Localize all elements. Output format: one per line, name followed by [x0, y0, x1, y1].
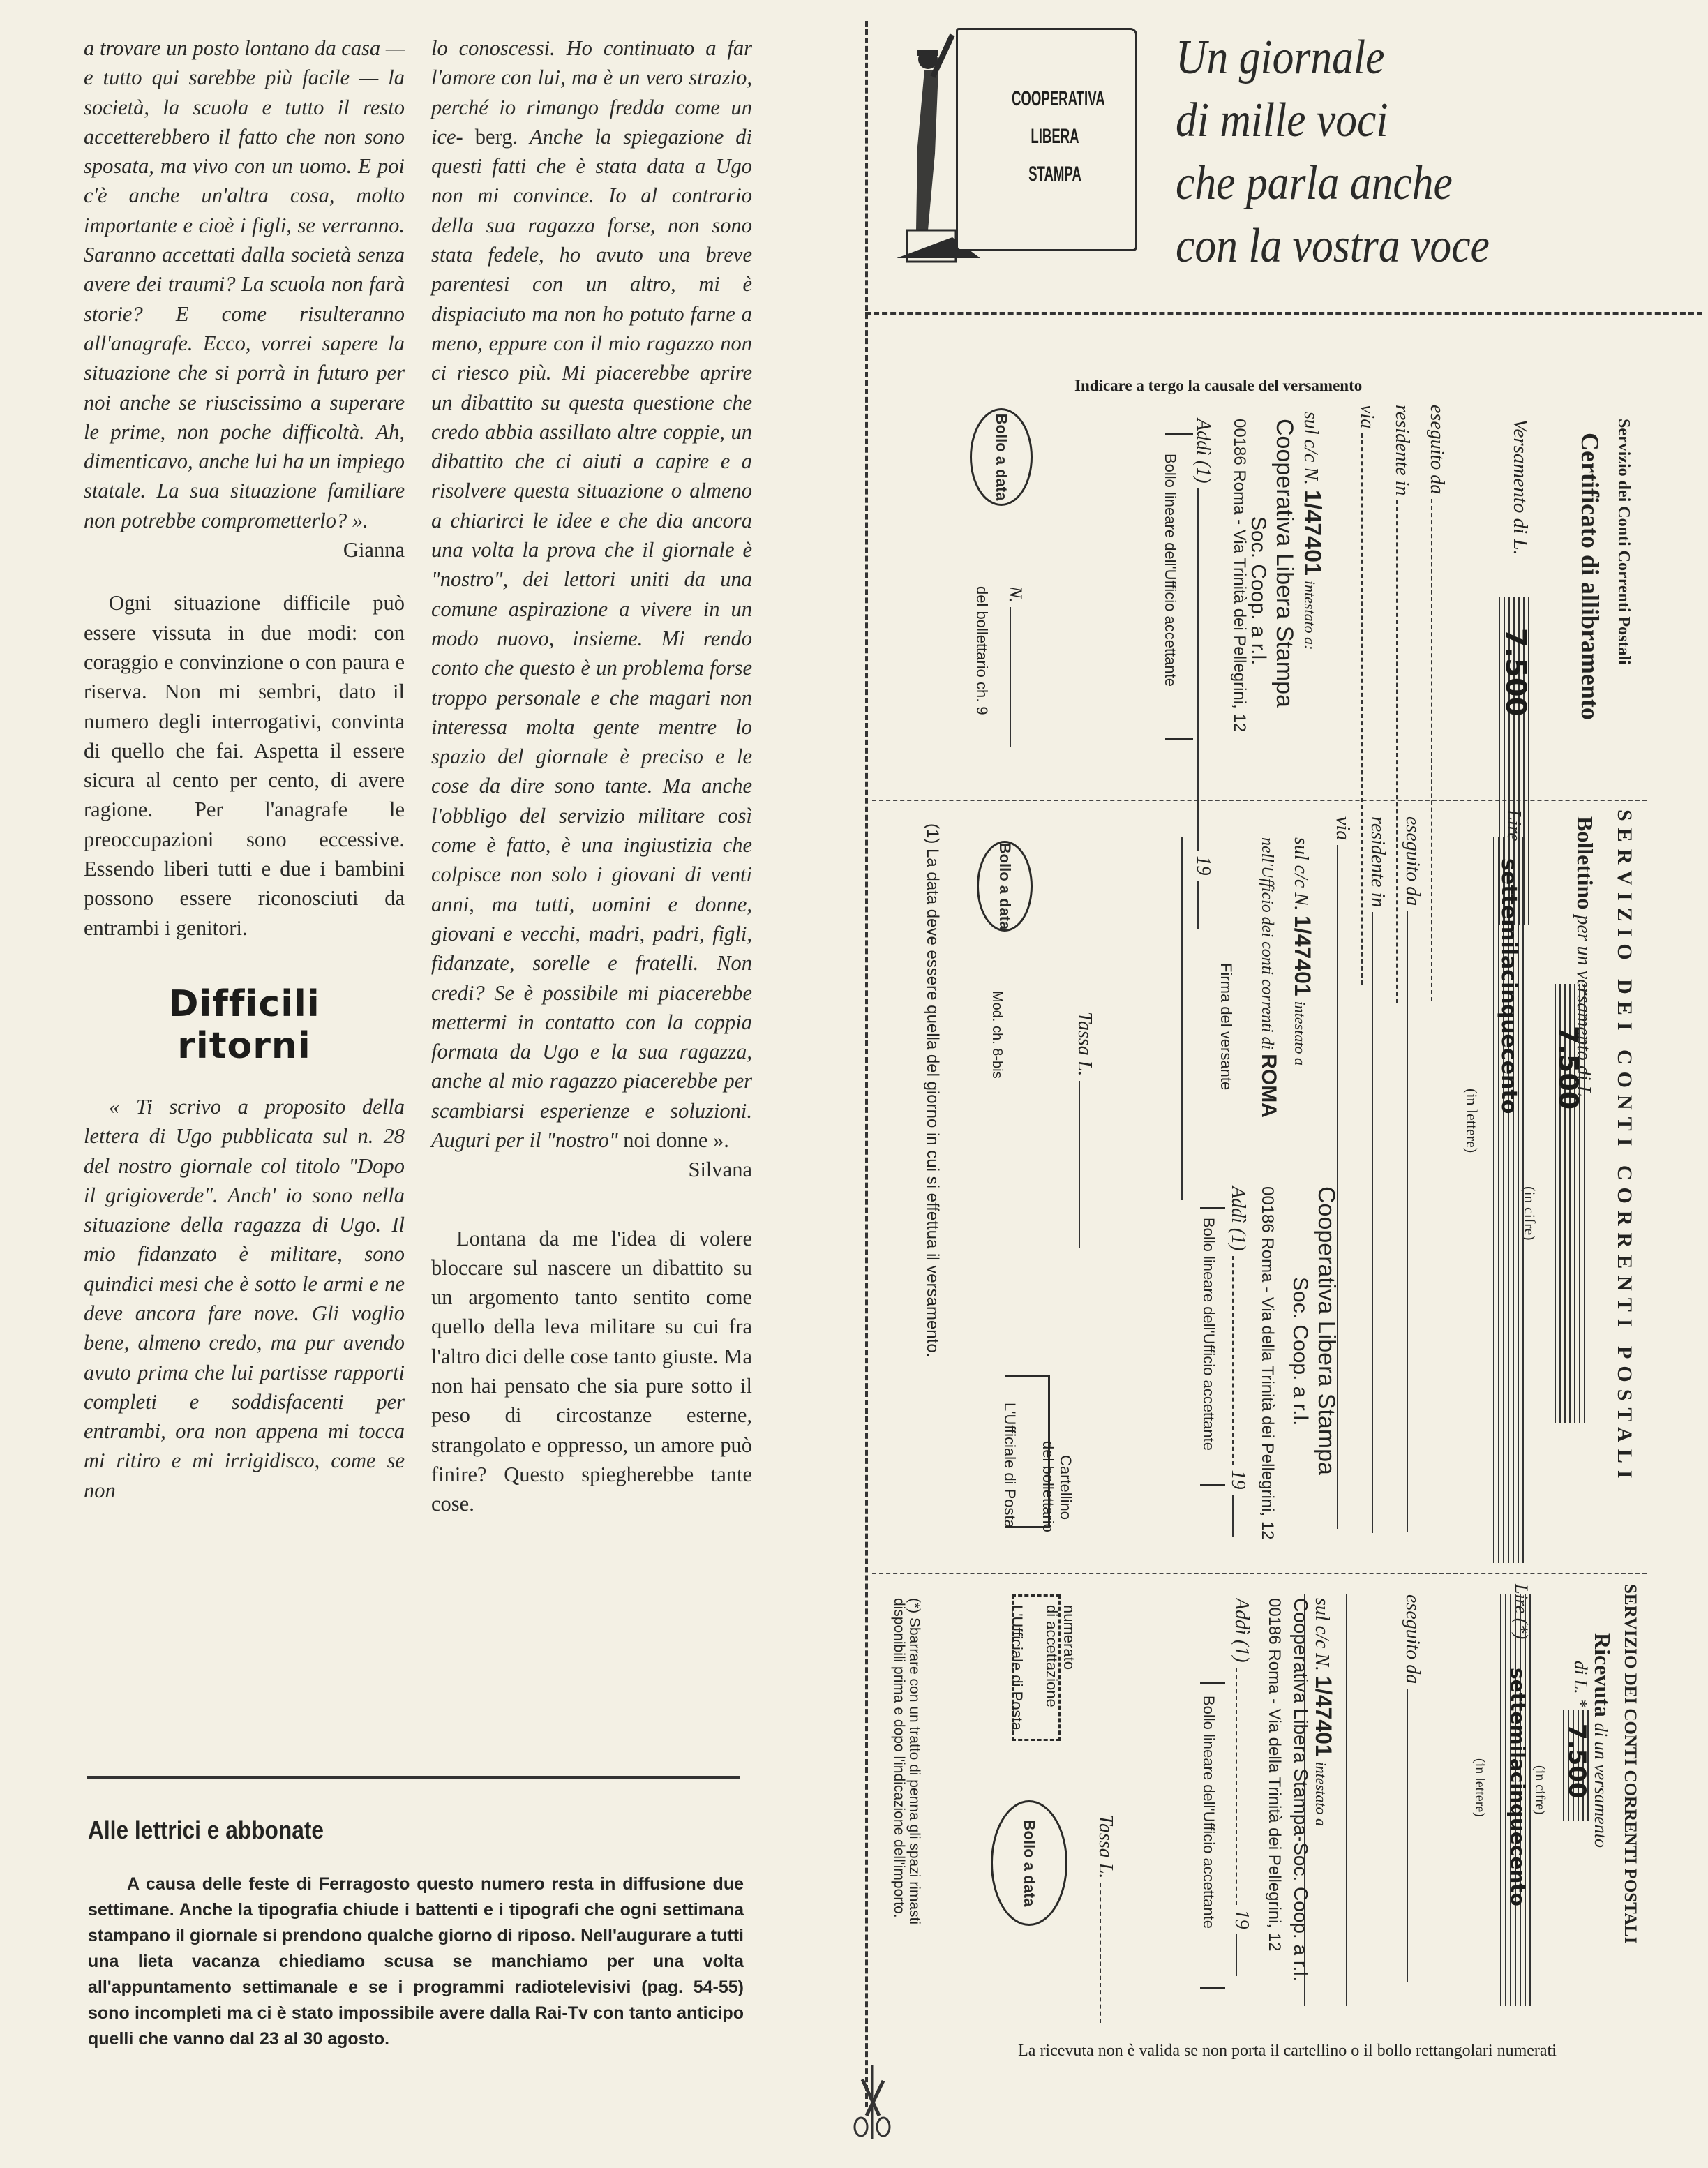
ric-addi-line: Addì (1) 19 — [1230, 1598, 1252, 1976]
boll-bollo-a-data-stamp: Bollo a data — [977, 841, 1033, 932]
ric-footnote-2: disponibili prima e dopo l'indicazione d… — [890, 1598, 907, 1918]
ric-payee: Cooperativa Libera Stampa-Soc. Coop. a r… — [1289, 1598, 1312, 1981]
ric-service: SERVIZIO DEI CONTI CORRENTI POSTALI — [1620, 1584, 1640, 1943]
label: eseguito da — [1402, 816, 1423, 906]
label: intestato a — [1312, 1762, 1330, 1826]
boll-city: ROMA — [1257, 1054, 1280, 1118]
cert-date-field[interactable] — [1197, 488, 1199, 851]
cert-year-field[interactable] — [1197, 881, 1199, 929]
ric-di-l: di L. * — [1570, 1661, 1591, 1707]
boll-amount-words: settemilacinquecento — [1497, 858, 1521, 1114]
label: Bollo a data — [996, 843, 1014, 930]
boll-residente-field[interactable] — [1372, 912, 1373, 1533]
label: Addì (1) — [1227, 1186, 1249, 1251]
ric-amount-words: settemilacinquecento — [1506, 1668, 1529, 1906]
boll-date-field[interactable] — [1232, 1256, 1234, 1465]
cert-payee: Cooperativa Libera Stampa — [1271, 419, 1298, 708]
label: intestato a: — [1301, 581, 1319, 650]
cert-versamento-label: Versamento di L. — [1508, 419, 1531, 555]
cert-amount: 7.500 — [1499, 628, 1531, 717]
boll-tassa-field[interactable] — [1079, 1081, 1080, 1248]
article-column-2: lo conoscessi. Ho continuato a far l'amo… — [431, 33, 752, 1519]
ric-title: Ricevuta — [1590, 1633, 1615, 1717]
ric-year-field[interactable] — [1236, 1934, 1237, 1976]
slogan-line: con la vostra voce — [1176, 215, 1490, 278]
cert-bollo-a-data-stamp: Bollo a data — [970, 408, 1033, 506]
sign-line: LIBERA — [1012, 118, 1098, 156]
sign-line: COOPERATIVA — [1012, 80, 1098, 118]
ric-tassa: Tassa L. — [1094, 1814, 1116, 2023]
article-column-1: a trovare un posto lontano da casa — e t… — [84, 33, 405, 1505]
slogan-line: Un giornale — [1176, 27, 1490, 89]
cert-payee-sub: Soc. Coop. a r.l. — [1246, 516, 1270, 665]
boll-in-lettere: (in lettere) — [1462, 1089, 1481, 1153]
cert-bollo-lineare: Bollo lineare dell'Ufficio accettante — [1161, 454, 1179, 687]
ric-cc-number: 1/47401 — [1311, 1676, 1336, 1757]
reply-2-text: Lontana da me l'idea di volere bloccare … — [431, 1224, 752, 1519]
label: Bollo a data — [1020, 1820, 1038, 1907]
cert-address: 00186 Roma - Via Trinità dei Pellegrini,… — [1229, 419, 1249, 732]
label: di un versamento — [1591, 1723, 1611, 1848]
label: sul c/c N. — [1300, 412, 1321, 485]
boll-signature-line — [1181, 837, 1183, 1200]
boll-eseguito-field[interactable] — [1407, 911, 1408, 1532]
sign-line: STAMPA — [1012, 156, 1098, 193]
cooperativa-sign-text: COOPERATIVA LIBERA STAMPA — [1012, 80, 1098, 193]
cert-bollettario: del bollettario ch. 9 — [973, 586, 991, 715]
boll-tassa: Tassa L. — [1073, 1012, 1095, 1248]
label: Tassa L. — [1095, 1814, 1116, 1878]
label: intestato a — [1291, 1001, 1309, 1066]
label: Addì (1) — [1192, 419, 1214, 484]
ric-in-lettere: (in lettere) — [1471, 1758, 1488, 1817]
notice-divider — [87, 1776, 740, 1779]
cert-title: Certificato di allibramento — [1575, 433, 1605, 720]
boll-bollo-lineare: Bollo lineare dell'Ufficio accettante — [1199, 1218, 1218, 1451]
letter-2-closing: noi donne ». — [618, 1128, 729, 1152]
boll-cc-number: 1/47401 — [1290, 915, 1315, 996]
letter-1-text: a trovare un posto lontano da casa — e t… — [84, 33, 405, 535]
scissors-icon — [851, 2065, 893, 2142]
label: 19 — [1227, 1470, 1249, 1490]
boll-eseguito: eseguito da — [1401, 816, 1423, 1532]
boll-payee: Cooperativa Libera Stampa — [1312, 1186, 1340, 1475]
label: 19 — [1192, 856, 1214, 876]
boll-title: Bollettino — [1573, 816, 1598, 909]
label: Tassa L. — [1074, 1012, 1095, 1076]
cert-residente-field[interactable] — [1396, 500, 1398, 1003]
letter-2-fragment: berg. — [475, 125, 518, 149]
label: via — [1332, 816, 1354, 840]
boll-address: 00186 Roma - Via della Trinità dei Pelle… — [1257, 1186, 1277, 1540]
boll-mod: Mod. ch. 8-bis — [989, 991, 1005, 1079]
label: via — [1356, 405, 1378, 428]
ric-in-cifre: (in cifre) — [1531, 1765, 1548, 1815]
boll-service: SERVIZIO DEI CONTI CORRENTI POSTALI — [1612, 809, 1636, 1486]
horizontal-cut-line — [865, 312, 1702, 315]
ric-footnote-1: (*) Sbarrare con un tratto di penna gli … — [906, 1598, 922, 1924]
boll-addi-line: Addì (1) 19 — [1227, 1186, 1249, 1537]
ric-eseguito-field[interactable] — [1407, 1689, 1408, 1982]
cert-eseguito-label: eseguito da — [1425, 405, 1448, 1001]
boll-lire-label: Lire — [1502, 809, 1525, 842]
label: eseguito da — [1426, 405, 1448, 494]
boll-year-field[interactable] — [1232, 1495, 1234, 1537]
validity-note: La ricevuta non è valida se non porta il… — [980, 2038, 1594, 2064]
boll-ufficiale: L'Ufficiale di Posta — [1001, 1403, 1019, 1528]
label: residente in — [1367, 816, 1388, 907]
cert-n-line: N. — [1005, 586, 1026, 747]
cert-via-field[interactable] — [1361, 433, 1363, 985]
label: sul c/c N. — [1290, 837, 1312, 911]
letter-2-text-part2: lo conoscessi. Ho continuato a far l'amo… — [431, 33, 752, 1155]
vertical-cut-line — [865, 21, 868, 2107]
label: Bollo a data — [992, 414, 1010, 501]
ric-address: 00186 Roma - Via della Trinità dei Pelle… — [1264, 1598, 1284, 1952]
label: residente in — [1391, 405, 1413, 495]
ad-slogan: Un giornale di mille voci che parla anch… — [1176, 27, 1490, 278]
notice-text: A causa delle feste di Ferragosto questo… — [88, 1871, 744, 2052]
ric-eseguito: eseguito da — [1401, 1594, 1423, 1982]
form-instruction: Indicare a tergo la causale del versamen… — [1074, 377, 1362, 395]
slogan-line: di mille voci — [1176, 89, 1490, 152]
cert-cc-line: sul c/c N. 1/47401 intestato a: — [1298, 412, 1326, 650]
ric-ufficiale: L'Ufficiale di Posta — [1007, 1605, 1026, 1730]
ric-field-line[interactable] — [1346, 1594, 1347, 2006]
label: N. — [1005, 586, 1026, 603]
boll-firma: Firma del versante — [1217, 963, 1235, 1090]
notice-title: Alle lettrici e abbonate — [88, 1816, 324, 1845]
reply-1-text: Ogni situazione difficile può essere vis… — [84, 588, 405, 943]
boll-cartellino-1: Cartellino — [1056, 1455, 1074, 1520]
label: 19 — [1231, 1910, 1252, 1929]
form-separator — [872, 1573, 1647, 1574]
notice-body: A causa delle feste di Ferragosto questo… — [88, 1871, 744, 2052]
ric-bollo-a-data-stamp: Bollo a data — [991, 1800, 1067, 1926]
signature-gianna: Gianna — [84, 535, 405, 565]
boll-footnote: (1) La data deve essere quella del giorn… — [922, 823, 942, 1357]
signature-silvana: Silvana — [431, 1155, 752, 1184]
label: nell'Ufficio dei conti correnti di — [1258, 837, 1276, 1049]
boll-cc-line: sul c/c N. 1/47401 intestato a — [1289, 837, 1315, 1066]
cert-service: Servizio dei Conti Correnti Postali — [1614, 419, 1633, 665]
ric-tassa-field[interactable] — [1100, 1883, 1101, 2023]
boll-cartellino-2: del bollettario — [1039, 1441, 1057, 1532]
cert-n-field[interactable] — [1010, 607, 1011, 747]
ric-numerato-1: numerato — [1060, 1605, 1078, 1670]
ric-title-line: Ricevuta di un versamento — [1589, 1633, 1615, 1848]
label: Addì (1) — [1231, 1598, 1252, 1663]
ric-bollo-lineare: Bollo lineare dell'Ufficio accettante — [1199, 1696, 1218, 1929]
label: sul c/c N. — [1311, 1598, 1333, 1671]
cert-addi-line: Addì (1) 19 — [1192, 419, 1214, 929]
letter-2-text-part1: « Ti scrivo a proposito della lettera di… — [84, 1092, 405, 1505]
cert-cc-number: 1/47401 — [1299, 490, 1326, 576]
ric-date-field[interactable] — [1236, 1668, 1237, 1905]
boll-residente: residente in — [1366, 816, 1388, 1533]
boll-payee-sub: Soc. Coop. a r.l. — [1288, 1277, 1312, 1426]
letter-2-fragment: Anche la spiegazione di questi fatti che… — [431, 125, 752, 1152]
label: eseguito da — [1402, 1594, 1423, 1684]
ric-amount: 7.500 — [1563, 1724, 1591, 1799]
boll-ufficio-line: nell'Ufficio dei conti correnti di ROMA — [1257, 837, 1280, 1118]
ric-numerato-2: di accettazione — [1042, 1605, 1061, 1707]
boll-amount: 7.500 — [1553, 1026, 1584, 1109]
slogan-line: che parla anche — [1176, 152, 1490, 215]
headline-difficili-ritorni: Difficili ritorni — [140, 983, 349, 1067]
cert-eseguito-field[interactable] — [1431, 499, 1432, 1001]
ric-cc-line: sul c/c N. 1/47401 intestato a — [1310, 1598, 1336, 1826]
